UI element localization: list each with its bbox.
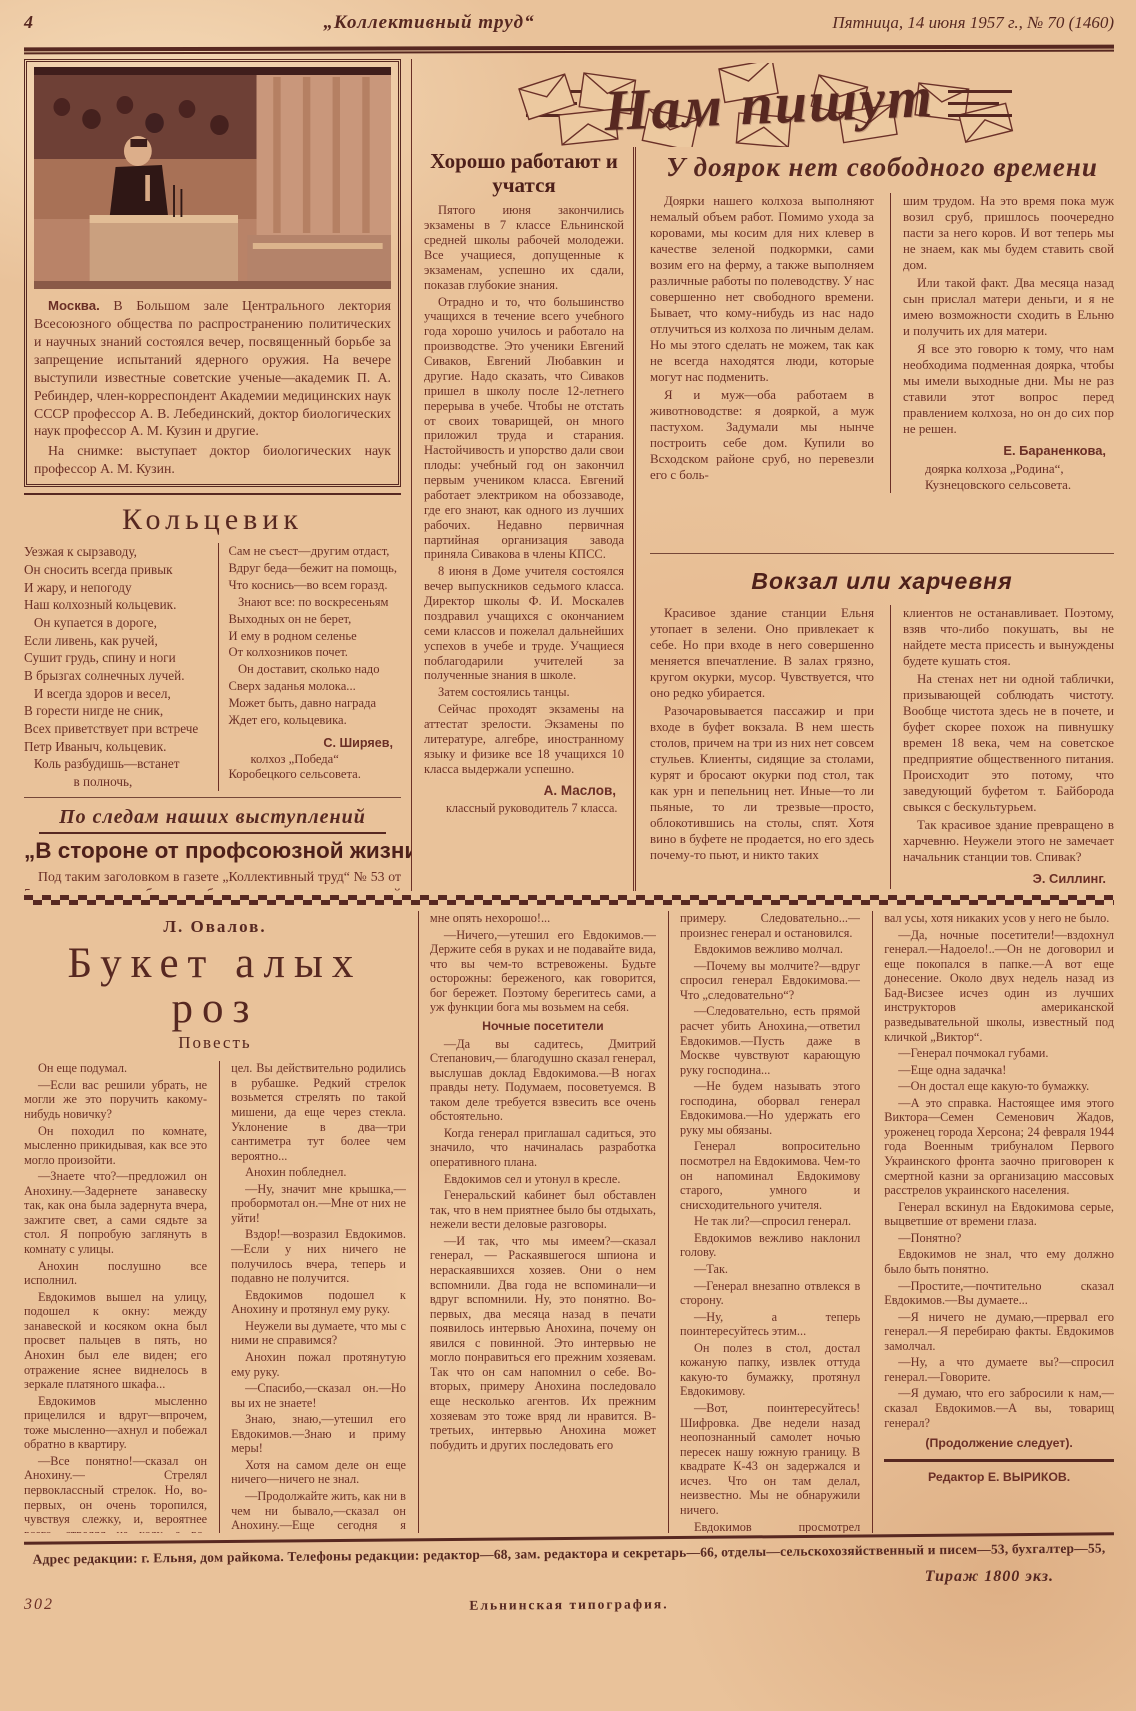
novel-section: Л. Овалов. Букет алых роз Повесть Он еще… — [24, 911, 1114, 1533]
poem-line: Знают все: по воскресеньям — [229, 594, 402, 611]
paragraph: Э. Силлинг. — [903, 871, 1114, 887]
poem-line: Всех приветствует при встрече — [24, 720, 208, 738]
article-school: Хорошо работают и учатся Пятого июня зак… — [424, 147, 636, 891]
paragraph: —Да вы садитесь, Дмитрий Степанович,— бл… — [430, 1037, 656, 1124]
paragraph: Евдокимов подошел к Анохину и протянул е… — [231, 1288, 406, 1317]
paragraph: Генеральский кабинет был обставлен так, … — [430, 1188, 656, 1232]
paragraph: Я все это говорю к тому, что нам необход… — [903, 341, 1114, 437]
poem-line: И ему в родном селенье — [229, 628, 402, 645]
masthead-title: „Коллективный труд“ — [144, 12, 714, 34]
paragraph: шим трудом. На это время пока муж возил … — [903, 193, 1114, 273]
paragraph: —Почему вы молчите?—вдруг спросил генера… — [680, 959, 860, 1003]
paragraph: —Не будем называть этого господина, обор… — [680, 1079, 860, 1137]
poem-line: В брызгах солнечных лучей. — [24, 667, 208, 685]
bottom-row: 302 Ельнинская типография. — [24, 1596, 1114, 1614]
paragraph: примеру. Следовательно...—произнес генер… — [680, 911, 860, 940]
poem-line: в полночь, — [24, 773, 208, 791]
paragraph: Кузнецовского сельсовета. — [903, 477, 1114, 493]
left-column-block: Москва. В Большом зале Центрального лект… — [24, 59, 412, 891]
paragraph: Затем состоялись танцы. — [424, 685, 624, 700]
novel-column-5: вал усы, хотя никаких усов у него не был… — [872, 911, 1114, 1533]
doyarki-column-2: шим трудом. На это время пока муж возил … — [890, 193, 1114, 493]
paragraph: (Продолжение следует). — [884, 1436, 1114, 1451]
paragraph: —Еще одна задачка! — [884, 1063, 1114, 1078]
poem-columns: Уезжая к сырзаводу,Он сносить всегда при… — [24, 543, 401, 791]
paragraph: —Вот, поинтересуйтесь! Шифровка. Две нед… — [680, 1401, 860, 1518]
novel-header: Л. Овалов. Букет алых роз Повесть — [24, 911, 406, 1061]
section-rule — [650, 553, 1114, 554]
paragraph: —Генерал почмокал губами. — [884, 1046, 1114, 1061]
paragraph: 8 июня в Доме учителя состоялся вечер вы… — [424, 564, 624, 683]
paragraph: Анохин побледнел. — [231, 1165, 406, 1180]
paragraph: Анохин пожал протянутую ему руку. — [231, 1350, 406, 1379]
paragraph: мне опять нехорошо!... — [430, 911, 656, 926]
article-po-sledam: По следам наших выступлений „В стороне о… — [24, 806, 401, 891]
novel-column-3: мне опять нехорошо!...—Ничего,—утешил ег… — [418, 911, 656, 1533]
poem-line: Он доставит, сколько надо — [229, 661, 402, 678]
paragraph: Анохин послушно все исполнил. — [24, 1259, 207, 1288]
paragraph: —Понятно? — [884, 1231, 1114, 1246]
poem-line: колхоз „Победа“ Коробецкого сельсовета. — [229, 752, 402, 782]
paragraph: Вздор!—возразил Евдокимов.—Если у них ни… — [231, 1227, 406, 1285]
paragraph: —Да, ночные посетители!—вздохнул генерал… — [884, 928, 1114, 1045]
paragraph: Генерал вскинул на Евдокимова серые, выц… — [884, 1200, 1114, 1229]
photo-caption: Москва. В Большом зале Центрального лект… — [34, 297, 391, 478]
paragraph: —Спасибо,—сказал он.—Но вы их не знаете! — [231, 1381, 406, 1410]
paragraph: —Ничего,—утешил его Евдокимов.—Держите с… — [430, 928, 656, 1015]
poem-line: С. Ширяев, — [229, 735, 402, 752]
section-rule — [24, 493, 401, 495]
paragraph: —А это справка. Настоящее имя этого Викт… — [884, 1096, 1114, 1198]
paragraph: Хотя на самом деле он еще ничего—ничего … — [231, 1458, 406, 1487]
paragraph: —И так, что мы имеем?—сказал генерал, — … — [430, 1234, 656, 1452]
paragraph: А. Маслов, — [424, 783, 624, 799]
lecture-hall-photo — [34, 67, 391, 289]
nam-pishut-title: Нам пишут — [603, 62, 936, 143]
paragraph: —Продолжайте жить, как ни в чем ни бывал… — [231, 1489, 406, 1533]
paragraph: —Он достал еще какую-то бумажку. — [884, 1079, 1114, 1094]
poem-line: Уезжая к сырзаводу, — [24, 543, 208, 561]
paragraph: —Я думаю, что его забросили к нам,—сказа… — [884, 1386, 1114, 1430]
paragraph: Е. Бараненкова, — [903, 443, 1114, 459]
poem-line: Наш колхозный кольцевик. — [24, 596, 208, 614]
paragraph: Неужели вы думаете, что мы с ними не спр… — [231, 1319, 406, 1348]
paragraph: —Все понятно!—сказал он Анохину.— Стреля… — [24, 1454, 207, 1533]
paragraph: Разочаровывается пассажир и при входе в … — [650, 703, 874, 863]
school-title: Хорошо работают и учатся — [424, 149, 624, 197]
vokzal-title: Вокзал или харчевня — [650, 568, 1114, 595]
article-vokzal: Вокзал или харчевня Красивое здание стан… — [650, 560, 1114, 890]
novel-column-2: цел. Вы действительно родились в рубашке… — [219, 1061, 406, 1533]
koltsevik-title: Кольцевик — [24, 503, 401, 537]
school-body: Пятого июня закончились экзамены в 7 кла… — [424, 203, 624, 815]
page-number: 4 — [24, 12, 144, 33]
novel-column-4: примеру. Следовательно...—произнес генер… — [668, 911, 860, 1533]
paragraph: Ночные посетители — [430, 1019, 656, 1034]
printing-house: Ельнинская типография. — [224, 1595, 914, 1616]
novel-title: Букет алых роз — [24, 941, 406, 1031]
paragraph: Так красивое здание превращено в харчевн… — [903, 817, 1114, 865]
paragraph: —Ну, а что думаете вы?—спросил генерал.—… — [884, 1355, 1114, 1384]
paragraph: Или такой факт. Два месяца назад сын при… — [903, 275, 1114, 339]
poem-line: Выходных он не берет, — [229, 611, 402, 628]
paragraph: вал усы, хотя никаких усов у него не был… — [884, 911, 1114, 926]
checkered-divider — [24, 895, 1114, 905]
poem-line: От колхозников почет. — [229, 644, 402, 661]
page-header: 4 „Коллективный труд“ Пятница, 14 июня 1… — [24, 12, 1114, 46]
po-sledam-body: Под таким заголовком в газете „Коллектив… — [24, 868, 401, 891]
poem-line: Сверх заданья молока... — [229, 678, 402, 695]
paragraph: Когда генерал приглашал садиться, это зн… — [430, 1126, 656, 1170]
poem-line: Он купается в дороге, — [24, 614, 208, 632]
photo-caption-lead: Москва. — [48, 298, 100, 313]
photo-caption-note: На снимке: выступает доктор биологически… — [34, 442, 391, 478]
banner-dashes-right — [948, 90, 1012, 117]
paragraph: Евдокимов просмотрел шифровку; там было … — [680, 1520, 860, 1534]
doyarki-column-1: Доярки нашего колхоза выполняют немалый … — [650, 193, 874, 493]
paragraph: доярка колхоза „Родина“, — [903, 461, 1114, 477]
paragraph: Пятого июня закончились экзамены в 7 кла… — [424, 203, 624, 292]
top-section: Москва. В Большом зале Центрального лект… — [24, 59, 1114, 891]
paragraph: —Простите,—почтительно сказал Евдокимов.… — [884, 1279, 1114, 1308]
nam-pishut-banner: Нам пишут — [424, 59, 1114, 147]
poem-line: В горести нигде не сник, — [24, 702, 208, 720]
right-area: Нам пишут Хорошо работают и учатся Пятог… — [424, 59, 1114, 891]
photo-caption-body: В Большом зале Центрального лектория Все… — [34, 298, 391, 438]
paragraph: —Следовательно, есть прямой расчет убить… — [680, 1004, 860, 1077]
vokzal-column-2: клиентов не останавливает. Поэтому, взяв… — [890, 605, 1114, 889]
poem-line: Петр Иваныч, кольцевик. — [24, 738, 208, 756]
paragraph: Под таким заголовком в газете „Коллектив… — [24, 868, 401, 891]
paragraph: Евдокимов вышел на улицу, подошел к окну… — [24, 1290, 207, 1392]
article-koltsevik: Кольцевик Уезжая к сырзаводу,Он сносить … — [24, 503, 401, 791]
paragraph: Евдокимов вежливо наклонил голову. — [680, 1231, 860, 1260]
novel-subtitle: Повесть — [24, 1033, 406, 1053]
print-order-number: 302 — [24, 1596, 224, 1614]
poem-line: Вдруг беда—бежит на помощь, — [229, 560, 402, 577]
paragraph: —Если вас решили убрать, не могли же это… — [24, 1078, 207, 1122]
circulation: Тираж 1800 экз. — [925, 1568, 1054, 1586]
paragraph: —Я ничего не думаю,—прервал его генерал.… — [884, 1310, 1114, 1354]
photo-frame: Москва. В Большом зале Центрального лект… — [24, 59, 401, 487]
tirazh-row: Тираж 1800 экз. — [24, 1568, 1114, 1586]
paragraph: Генерал вопросительно посмотрел на Евдок… — [680, 1139, 860, 1212]
poem-column-2: Сам не съест—другим отдаст,Вдруг беда—бе… — [218, 543, 402, 791]
paragraph: Евдокимов сел и утонул в кресле. — [430, 1172, 656, 1187]
novel-author: Л. Овалов. — [24, 917, 406, 937]
po-sledam-title: „В стороне от профсоюзной жизни“ — [24, 838, 401, 864]
section-rule — [24, 797, 401, 798]
paragraph: Редактор Е. ВЫРИКОВ. — [884, 1459, 1114, 1485]
paragraph: Отрадно и то, что большинство учащихся в… — [424, 295, 624, 563]
poem-line: Ждет его, кольцевика. — [229, 712, 402, 729]
paragraph: Евдокимов мысленно прицелился и вдруг—вп… — [24, 1394, 207, 1452]
paragraph: Он еще подумал. — [24, 1061, 207, 1076]
poem-line: Если ливень, как ручей, — [24, 632, 208, 650]
doyarki-title: У доярок нет свободного времени — [650, 151, 1114, 183]
paragraph: цел. Вы действительно родились в рубашке… — [231, 1061, 406, 1163]
poem-line: Сам не съест—другим отдаст, — [229, 543, 402, 560]
article-doyarki: У доярок нет свободного времени Доярки н… — [650, 147, 1114, 547]
poem-line: Сушит грудь, спину и ноги — [24, 649, 208, 667]
editorial-address: Адрес редакции: г. Ельня, дом райкома. Т… — [24, 1540, 1114, 1567]
poem-line: Коль разбудишь—встанет — [24, 755, 208, 773]
novel-column-1: Он еще подумал.—Если вас решили убрать, … — [24, 1061, 207, 1533]
paragraph: Знаю, знаю,—утешил его Евдокимов.—Знаю и… — [231, 1412, 406, 1456]
paragraph: Не так ли?—спросил генерал. — [680, 1214, 860, 1229]
vokzal-columns: Красивое здание станции Ельня утопает в … — [650, 605, 1114, 889]
header-rule — [24, 45, 1114, 55]
paragraph: На стенах нет ни одной таблички, призыва… — [903, 671, 1114, 815]
paragraph: Евдокимов вежливо молчал. — [680, 942, 860, 957]
paragraph: Он полез в стол, достал кожаную папку, и… — [680, 1341, 860, 1399]
poem-line: Он сносить всегда привык — [24, 561, 208, 579]
paragraph: —Так. — [680, 1262, 860, 1277]
paragraph: Евдокимов не знал, что ему должно было б… — [884, 1247, 1114, 1276]
paragraph: Я и муж—оба работаем в животноводстве: я… — [650, 387, 874, 483]
paragraph: Доярки нашего колхоза выполняют немалый … — [650, 193, 874, 385]
paragraph: —Ну, значит мне крышка,—пробормотал он.—… — [231, 1182, 406, 1226]
newspaper-page: 4 „Коллективный труд“ Пятница, 14 июня 1… — [0, 0, 1136, 1711]
paragraph: Сейчас проходят экзамены на аттестат зре… — [424, 702, 624, 776]
poem-line: Что коснись—во всем горазд. — [229, 577, 402, 594]
page-footer: Адрес редакции: г. Ельня, дом райкома. Т… — [24, 1537, 1114, 1614]
date-line: Пятница, 14 июня 1957 г., № 70 (1460) — [714, 13, 1114, 33]
po-sledam-kicker: По следам наших выступлений — [39, 806, 386, 834]
poem-line: И жару, и непогоду — [24, 579, 208, 597]
paragraph: —Генерал внезапно отвлекся в сторону. — [680, 1279, 860, 1308]
paragraph: классный руководитель 7 класса. — [424, 801, 624, 816]
right-stack: У доярок нет свободного времени Доярки н… — [636, 147, 1114, 891]
poem-line: Может быть, давно награда — [229, 695, 402, 712]
vokzal-column-1: Красивое здание станции Ельня утопает в … — [650, 605, 874, 889]
photo-caption-text: Москва. В Большом зале Центрального лект… — [34, 297, 391, 440]
poem-column-1: Уезжая к сырзаводу,Он сносить всегда при… — [24, 543, 208, 791]
paragraph: клиентов не останавливает. Поэтому, взяв… — [903, 605, 1114, 669]
paragraph: —Ну, а теперь поинтересуйтесь этим... — [680, 1310, 860, 1339]
poem-line: И всегда здоров и весел, — [24, 685, 208, 703]
novel-grid: Л. Овалов. Букет алых роз Повесть Он еще… — [24, 911, 1114, 1533]
paragraph: Он походил по комнате, мысленно прикидыв… — [24, 1124, 207, 1168]
paragraph: Красивое здание станции Ельня утопает в … — [650, 605, 874, 701]
doyarki-columns: Доярки нашего колхоза выполняют немалый … — [650, 193, 1114, 493]
paragraph: —Знаете что?—предложил он Анохину.—Задер… — [24, 1169, 207, 1256]
